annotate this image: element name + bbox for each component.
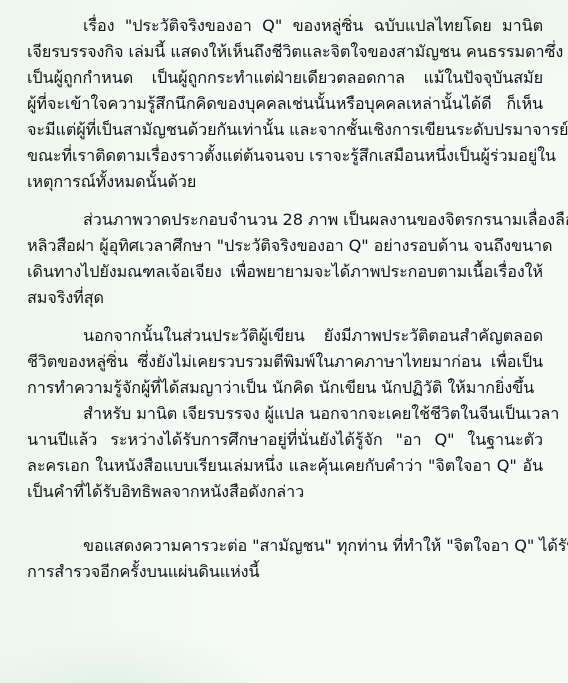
text-line: ผู้ที่จะเข้าใจความรู้สึกนึกคิดของบุคคลเช… bbox=[27, 91, 543, 117]
paragraph-author-biography: นอกจากนั้นในส่วนประวัติผู้เขียน ยังมีภาพ… bbox=[27, 323, 543, 401]
scanned-page: เรื่อง "ประวัติจริงของอา Q" ของหลู่ซิ่น … bbox=[0, 0, 568, 683]
text-line: เป็นคำที่ได้รับอิทธิพลจากหนังสือดังกล่าว bbox=[27, 479, 543, 505]
paragraph-spacer bbox=[27, 311, 543, 323]
text-line: สำหรับ มานิต เจียรบรรจง ผู้แปล นอกจากจะเ… bbox=[27, 401, 543, 427]
text-line: นอกจากนั้นในส่วนประวัติผู้เขียน ยังมีภาพ… bbox=[27, 323, 543, 349]
text-line: ชีวิตของหลู่ซิ่น ซึ่งยังไม่เคยรวบรวมตีพิ… bbox=[27, 349, 543, 375]
text-line: ขอแสดงความคารวะต่อ "สามัญชน" ทุกท่าน ที่… bbox=[27, 533, 543, 559]
text-line: เป็นผู้ถูกกำหนด เป็นผู้ถูกกระทำแต่ฝ่ายเด… bbox=[27, 65, 543, 91]
text-line: ละครเอก ในหนังสือแบบเรียนเล่มหนึ่ง และคุ… bbox=[27, 453, 543, 479]
paragraph-spacer bbox=[27, 195, 543, 207]
text-line: ส่วนภาพวาดประกอบจำนวน 28 ภาพ เป็นผลงานขอ… bbox=[27, 207, 543, 233]
text-line: ขณะที่เราติดตามเรื่องราวตั้งแต่ต้นจนจบ เ… bbox=[27, 143, 543, 169]
text-line: นานปีแล้ว ระหว่างได้รับการศึกษาอยู่ที่นั… bbox=[27, 427, 543, 453]
text-line: เจียรบรรจงกิจ เล่มนี้ แสดงให้เห็นถึงชีวิ… bbox=[27, 39, 543, 65]
text-line: เดินทางไปยังมณฑลเจ้อเจียง เพื่อพยายามจะไ… bbox=[27, 259, 543, 285]
paragraph-illustrations: ส่วนภาพวาดประกอบจำนวน 28 ภาพ เป็นผลงานขอ… bbox=[27, 207, 543, 311]
paragraph-intro: เรื่อง "ประวัติจริงของอา Q" ของหลู่ซิ่น … bbox=[27, 13, 543, 195]
text-line: หลิวสือฝา ผู้อุทิศเวลาศึกษา "ประวัติจริง… bbox=[27, 233, 543, 259]
text-line: การทำความรู้จักผู้ที่ได้สมญาว่าเป็น นักค… bbox=[27, 375, 543, 401]
text-line: สมจริงที่สุด bbox=[27, 285, 543, 311]
paragraph-translator: สำหรับ มานิต เจียรบรรจง ผู้แปล นอกจากจะเ… bbox=[27, 401, 543, 505]
body-text: เรื่อง "ประวัติจริงของอา Q" ของหลู่ซิ่น … bbox=[27, 13, 543, 585]
text-line: การสำรวจอีกครั้งบนแผ่นดินแห่งนี้ bbox=[27, 559, 543, 585]
text-line: เหตุการณ์ทั้งหมดนั้นด้วย bbox=[27, 169, 543, 195]
text-line: เรื่อง "ประวัติจริงของอา Q" ของหลู่ซิ่น … bbox=[27, 13, 543, 39]
paragraph-dedication: ขอแสดงความคารวะต่อ "สามัญชน" ทุกท่าน ที่… bbox=[27, 533, 543, 585]
paragraph-spacer bbox=[27, 505, 543, 533]
text-line: จะมีแต่ผู้ที่เป็นสามัญชนด้วยกันเท่านั้น … bbox=[27, 117, 543, 143]
